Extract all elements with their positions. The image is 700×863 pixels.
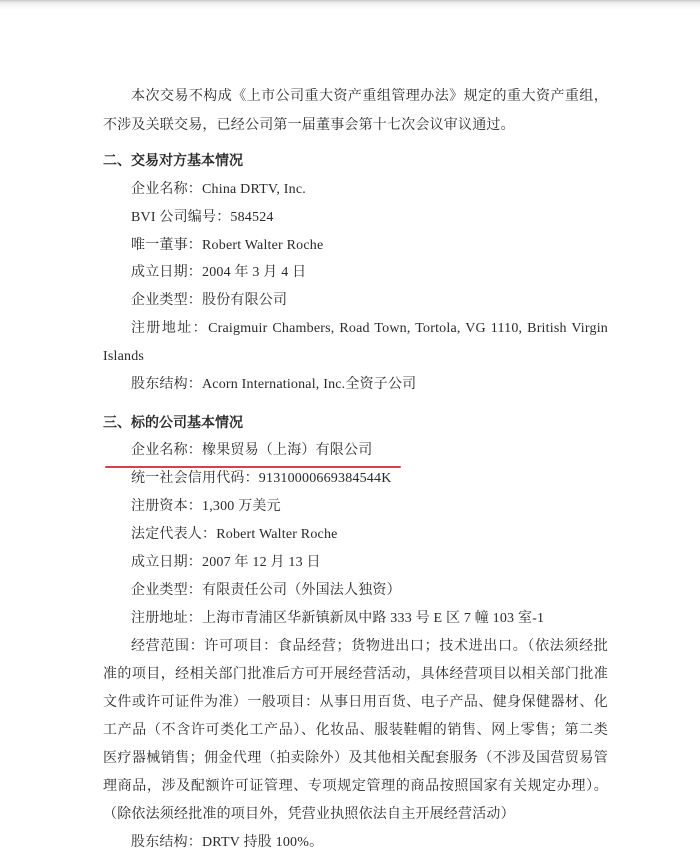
document-page: 本次交易不构成《上市公司重大资产重组管理办法》规定的重大资产重组， 不涉及关联交… — [0, 0, 700, 863]
business-scope-line-6: 理商品，涉及配额许可证管理、专项规定管理的商品按照国家有关规定办理）。 — [103, 777, 608, 797]
counterparty-bvi-number: BVI 公司编号：584524 — [131, 208, 608, 228]
business-scope-line-1: 经营范围：许可项目：食品经营；货物进出口；技术进出口。（依法须经批 — [131, 637, 608, 657]
counterparty-company-type: 企业类型：股份有限公司 — [131, 291, 608, 311]
red-underline-annotation — [105, 466, 401, 468]
target-address: 注册地址：上海市青浦区华新镇新凤中路 333 号 E 区 7 幢 103 室-1 — [131, 609, 608, 629]
counterparty-address-line-2: Islands — [103, 347, 608, 367]
business-scope-line-7: （除依法须经批准的项目外，凭营业执照依法自主开展经营活动） — [103, 805, 608, 825]
counterparty-established-date: 成立日期：2004 年 3 月 4 日 — [131, 263, 608, 283]
business-scope-line-3: 文件或许可证件为准）一般项目：从事日用百货、电子产品、健身保健器材、化 — [103, 693, 608, 713]
section-2-heading: 二、交易对方基本情况 — [103, 151, 608, 171]
target-credit-code: 统一社会信用代码：91310000669384544K — [131, 469, 608, 489]
target-company-name: 企业名称：橡果贸易（上海）有限公司 — [131, 441, 608, 461]
target-established-date: 成立日期：2007 年 12 月 13 日 — [131, 553, 608, 573]
counterparty-company-name: 企业名称：China DRTV, Inc. — [131, 180, 608, 200]
target-legal-representative: 法定代表人：Robert Walter Roche — [131, 525, 608, 545]
section-3-heading: 三、标的公司基本情况 — [103, 413, 608, 433]
intro-paragraph-line-2: 不涉及关联交易，已经公司第一届董事会第十七次会议审议通过。 — [103, 116, 608, 136]
counterparty-address-line-1: 注册地址：Craigmuir Chambers, Road Town, Tort… — [131, 319, 608, 339]
business-scope-line-2: 准的项目，经相关部门批准后方可开展经营活动，具体经营项目以相关部门批准 — [103, 665, 608, 685]
business-scope-line-4: 工产品（不含许可类化工产品）、化妆品、服装鞋帽的销售、网上零售；第二类 — [103, 721, 608, 741]
target-company-type: 企业类型：有限责任公司（外国法人独资） — [131, 581, 608, 601]
counterparty-sole-director: 唯一董事：Robert Walter Roche — [131, 236, 608, 256]
business-scope-line-5: 医疗器械销售；佣金代理（拍卖除外）及其他相关配套服务（不涉及国营贸易管 — [103, 749, 608, 769]
intro-paragraph-line-1: 本次交易不构成《上市公司重大资产重组管理办法》规定的重大资产重组， — [131, 87, 608, 107]
counterparty-shareholder: 股东结构：Acorn International, Inc.全资子公司 — [131, 375, 608, 395]
target-registered-capital: 注册资本：1,300 万美元 — [131, 497, 608, 517]
target-shareholder: 股东结构：DRTV 持股 100%。 — [131, 833, 608, 853]
